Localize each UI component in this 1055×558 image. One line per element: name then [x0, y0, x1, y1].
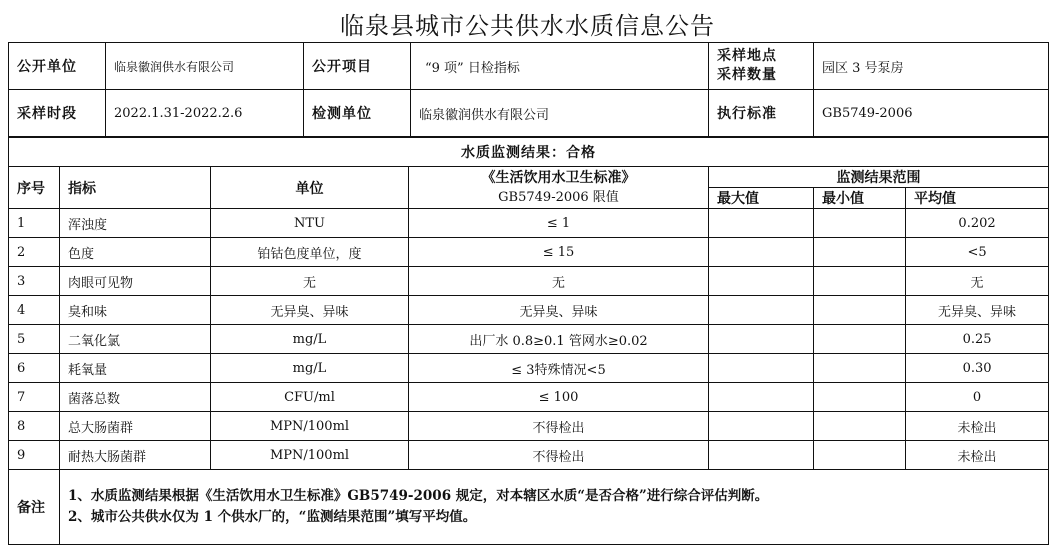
sampling-site-label-line1: 采样地点 — [717, 47, 805, 66]
publish-item-label: 公开项目 — [304, 43, 411, 90]
cell-unit: MPN/100ml — [211, 441, 409, 470]
cell-limit: 无 — [409, 267, 709, 296]
cell-unit: CFU/ml — [211, 383, 409, 412]
result-summary: 水质监测结果：合格 — [9, 138, 1049, 167]
standard-value: GB5749-2006 — [814, 90, 1049, 137]
header-seq: 序号 — [9, 167, 60, 209]
header-unit: 单位 — [211, 167, 409, 209]
header-avg: 平均值 — [906, 188, 1049, 209]
notes-line-2: 2、城市公共供水仅为 1 个供水厂的，“监测结果范围”填写平均值。 — [68, 507, 1040, 528]
cell-seq: 2 — [9, 238, 60, 267]
header-range: 监测结果范围 — [709, 167, 1049, 188]
cell-unit: 铂钴色度单位，度 — [211, 238, 409, 267]
header-row-1: 序号 指标 单位 《生活饮用水卫生标准》 GB5749-2006 限值 监测结果… — [9, 167, 1049, 188]
sampling-period-label: 采样时段 — [9, 90, 106, 137]
cell-seq: 1 — [9, 209, 60, 238]
cell-min — [814, 267, 906, 296]
cell-max — [709, 209, 814, 238]
header-limit: 《生活饮用水卫生标准》 GB5749-2006 限值 — [409, 167, 709, 209]
publish-unit-value: 临泉徽润供水有限公司 — [106, 43, 304, 90]
table-row: 3肉眼可见物无无无 — [9, 267, 1049, 296]
info-table: 公开单位 临泉徽润供水有限公司 公开项目 “9 项” 日检指标 采样地点 采样数… — [8, 42, 1049, 137]
cell-seq: 9 — [9, 441, 60, 470]
header-limit-line2: GB5749-2006 限值 — [417, 188, 700, 208]
cell-max — [709, 354, 814, 383]
info-row-1: 公开单位 临泉徽润供水有限公司 公开项目 “9 项” 日检指标 采样地点 采样数… — [9, 43, 1049, 90]
cell-indicator: 二氧化氯 — [60, 325, 211, 354]
cell-avg: 0 — [906, 383, 1049, 412]
sampling-site-value: 园区 3 号泵房 — [814, 43, 1049, 90]
cell-unit: 无异臭、异味 — [211, 296, 409, 325]
cell-max — [709, 441, 814, 470]
cell-min — [814, 238, 906, 267]
header-min: 最小值 — [814, 188, 906, 209]
sampling-count-label-line2: 采样数量 — [717, 66, 805, 85]
cell-avg: 未检出 — [906, 441, 1049, 470]
publish-unit-label: 公开单位 — [9, 43, 106, 90]
result-summary-row: 水质监测结果：合格 — [9, 138, 1049, 167]
cell-avg: 0.30 — [906, 354, 1049, 383]
cell-seq: 6 — [9, 354, 60, 383]
table-row: 8总大肠菌群MPN/100ml不得检出未检出 — [9, 412, 1049, 441]
cell-limit: 出厂水 0.8≥0.1 管网水≥0.02 — [409, 325, 709, 354]
cell-avg: 无 — [906, 267, 1049, 296]
cell-seq: 7 — [9, 383, 60, 412]
notes-label: 备注 — [9, 470, 60, 545]
cell-limit: 不得检出 — [409, 441, 709, 470]
header-limit-line1: 《生活饮用水卫生标准》 — [417, 168, 700, 188]
cell-avg: 未检出 — [906, 412, 1049, 441]
cell-seq: 4 — [9, 296, 60, 325]
testing-unit-label: 检测单位 — [304, 90, 411, 137]
table-row: 1浑浊度NTU≤ 10.202 — [9, 209, 1049, 238]
cell-limit: ≤ 15 — [409, 238, 709, 267]
cell-avg: 0.25 — [906, 325, 1049, 354]
cell-indicator: 色度 — [60, 238, 211, 267]
cell-unit: MPN/100ml — [211, 412, 409, 441]
cell-min — [814, 441, 906, 470]
cell-unit: mg/L — [211, 354, 409, 383]
cell-max — [709, 267, 814, 296]
results-table: 水质监测结果：合格 序号 指标 单位 《生活饮用水卫生标准》 GB5749-20… — [8, 137, 1049, 545]
testing-unit-value: 临泉徽润供水有限公司 — [411, 90, 709, 137]
sampling-site-label: 采样地点 采样数量 — [709, 43, 814, 90]
cell-seq: 3 — [9, 267, 60, 296]
cell-indicator: 菌落总数 — [60, 383, 211, 412]
table-row: 6耗氧量mg/L≤ 3特殊情况<50.30 — [9, 354, 1049, 383]
cell-limit: ≤ 100 — [409, 383, 709, 412]
table-row: 2色度铂钴色度单位，度≤ 15<5 — [9, 238, 1049, 267]
table-row: 9耐热大肠菌群MPN/100ml不得检出未检出 — [9, 441, 1049, 470]
publish-item-value: “9 项” 日检指标 — [411, 43, 709, 90]
cell-max — [709, 412, 814, 441]
info-row-2: 采样时段 2022.1.31-2022.2.6 检测单位 临泉徽润供水有限公司 … — [9, 90, 1049, 137]
table-row: 7菌落总数CFU/ml≤ 1000 — [9, 383, 1049, 412]
cell-seq: 5 — [9, 325, 60, 354]
cell-max — [709, 238, 814, 267]
cell-min — [814, 296, 906, 325]
cell-indicator: 耐热大肠菌群 — [60, 441, 211, 470]
header-max: 最大值 — [709, 188, 814, 209]
cell-limit: 不得检出 — [409, 412, 709, 441]
cell-indicator: 臭和味 — [60, 296, 211, 325]
cell-unit: 无 — [211, 267, 409, 296]
cell-avg: 无异臭、异味 — [906, 296, 1049, 325]
cell-limit: ≤ 3特殊情况<5 — [409, 354, 709, 383]
cell-indicator: 耗氧量 — [60, 354, 211, 383]
cell-limit: 无异臭、异味 — [409, 296, 709, 325]
cell-max — [709, 296, 814, 325]
notes-content: 1、水质监测结果根据《生活饮用水卫生标准》GB5749-2006 规定，对本辖区… — [60, 470, 1049, 545]
sampling-period-value: 2022.1.31-2022.2.6 — [106, 90, 304, 137]
cell-indicator: 浑浊度 — [60, 209, 211, 238]
cell-min — [814, 354, 906, 383]
cell-max — [709, 383, 814, 412]
cell-avg: <5 — [906, 238, 1049, 267]
cell-indicator: 总大肠菌群 — [60, 412, 211, 441]
cell-seq: 8 — [9, 412, 60, 441]
header-indicator: 指标 — [60, 167, 211, 209]
page-title: 临泉县城市公共供水水质信息公告 — [0, 6, 1055, 41]
cell-min — [814, 383, 906, 412]
cell-min — [814, 325, 906, 354]
cell-limit: ≤ 1 — [409, 209, 709, 238]
cell-unit: mg/L — [211, 325, 409, 354]
cell-max — [709, 325, 814, 354]
notes-line-1: 1、水质监测结果根据《生活饮用水卫生标准》GB5749-2006 规定，对本辖区… — [68, 486, 1040, 507]
cell-avg: 0.202 — [906, 209, 1049, 238]
cell-unit: NTU — [211, 209, 409, 238]
standard-label: 执行标准 — [709, 90, 814, 137]
cell-indicator: 肉眼可见物 — [60, 267, 211, 296]
notes-row: 备注 1、水质监测结果根据《生活饮用水卫生标准》GB5749-2006 规定，对… — [9, 470, 1049, 545]
cell-min — [814, 412, 906, 441]
cell-min — [814, 209, 906, 238]
table-row: 4臭和味无异臭、异味无异臭、异味无异臭、异味 — [9, 296, 1049, 325]
table-row: 5二氧化氯mg/L出厂水 0.8≥0.1 管网水≥0.020.25 — [9, 325, 1049, 354]
